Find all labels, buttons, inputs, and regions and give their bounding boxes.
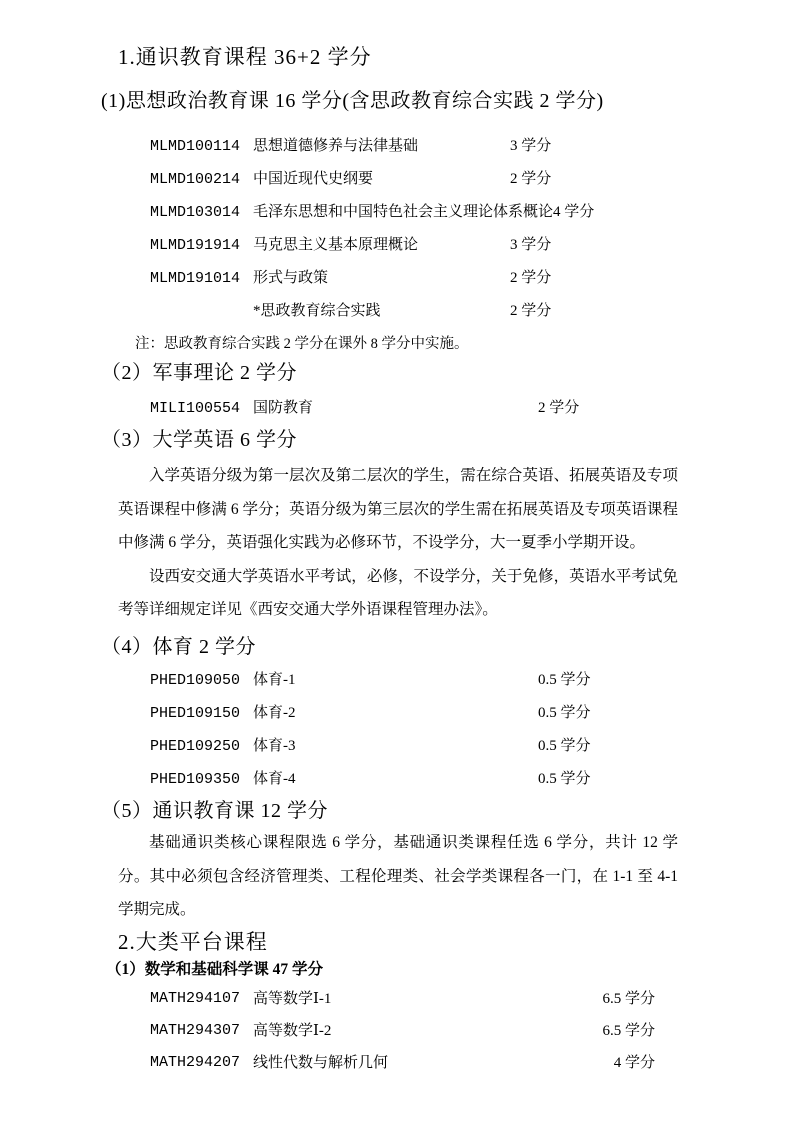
ideology-note: 注：思政教育综合实践 2 学分在课外 8 学分中实施。 [135,330,794,358]
course-credits: 6.5 学分 [602,1015,655,1047]
course-row: MLMD100114 思想道德修养与法律基础 3 学分 [150,130,794,163]
part1-title: 1.通识教育课程 36+2 学分 [118,42,794,72]
course-code: PHED109350 [150,763,253,796]
course-row: MATH294307 高等数学Ⅰ-2 6.5 学分 [150,1015,655,1047]
course-code: MLMD191914 [150,229,253,262]
course-code: MLMD100214 [150,163,253,196]
course-row: MATH294107 高等数学Ⅰ-1 6.5 学分 [150,983,655,1015]
course-credits: 2 学分 [510,295,551,328]
course-name: 形式与政策 [253,262,510,295]
general-ed-heading: （5）通识教育课 12 学分 [101,796,794,826]
course-row: MATH294207 线性代数与解析几何 4 学分 [150,1047,655,1079]
pe-course-table: PHED109050 体育-1 0.5 学分 PHED109150 体育-2 0… [150,664,794,796]
course-credits: 6.5 学分 [602,983,655,1015]
general-ed-paragraphs: 基础通识类核心课程限选 6 学分，基础通识类课程任选 6 学分，共计 12 学分… [118,826,678,927]
course-credits: 4 学分 [553,196,594,229]
ideology-course-table: MLMD100114 思想道德修养与法律基础 3 学分 MLMD100214 中… [150,130,794,328]
paragraph: 设西安交通大学英语水平考试，必修，不设学分，关于免修，英语水平考试免考等详细规定… [118,560,678,627]
course-code: PHED109150 [150,697,253,730]
english-paragraphs: 入学英语分级为第一层次及第二层次的学生，需在综合英语、拓展英语及专项英语课程中修… [118,455,678,627]
course-credits: 0.5 学分 [538,763,591,796]
course-row: MLMD191014 形式与政策 2 学分 [150,262,794,295]
course-name: 体育-2 [253,697,538,730]
course-code: MLMD103014 [150,196,253,229]
course-credits: 0.5 学分 [538,730,591,763]
course-code: MLMD100114 [150,130,253,163]
course-credits: 2 学分 [510,163,551,196]
course-row: PHED109350 体育-4 0.5 学分 [150,763,794,796]
course-code [150,295,253,328]
course-name: 毛泽东思想和中国特色社会主义理论体系概论 [253,196,553,229]
course-code: PHED109050 [150,664,253,697]
course-name: 马克思主义基本原理概论 [253,229,510,262]
course-name: 高等数学Ⅰ-1 [253,983,602,1015]
course-row: MILI100554 国防教育 2 学分 [150,392,794,425]
course-name: 思想道德修养与法律基础 [253,130,510,163]
course-name: 线性代数与解析几何 [253,1047,614,1079]
course-code: MLMD191014 [150,262,253,295]
english-heading: （3）大学英语 6 学分 [101,425,794,455]
course-credits: 2 学分 [538,392,579,425]
course-code: MATH294207 [150,1047,253,1079]
course-code: MATH294307 [150,1015,253,1047]
course-name: *思政教育综合实践 [253,295,510,328]
course-credits: 0.5 学分 [538,664,591,697]
course-name: 国防教育 [253,392,538,425]
course-name: 体育-3 [253,730,538,763]
part2-title: 2.大类平台课程 [118,927,794,957]
course-code: MATH294107 [150,983,253,1015]
course-row: PHED109150 体育-2 0.5 学分 [150,697,794,730]
course-code: MILI100554 [150,392,253,425]
course-credits: 3 学分 [510,229,551,262]
course-name: 体育-1 [253,664,538,697]
course-row: PHED109050 体育-1 0.5 学分 [150,664,794,697]
course-row: MLMD191914 马克思主义基本原理概论 3 学分 [150,229,794,262]
pe-heading: （4）体育 2 学分 [101,632,794,662]
course-credits: 3 学分 [510,130,551,163]
course-name: 体育-4 [253,763,538,796]
math-course-table: MATH294107 高等数学Ⅰ-1 6.5 学分 MATH294307 高等数… [150,983,655,1079]
course-credits: 0.5 学分 [538,697,591,730]
course-row: MLMD100214 中国近现代史纲要 2 学分 [150,163,794,196]
military-course-table: MILI100554 国防教育 2 学分 [150,392,794,425]
paragraph: 基础通识类核心课程限选 6 学分，基础通识类课程任选 6 学分，共计 12 学分… [118,826,678,927]
course-credits: 4 学分 [614,1047,655,1079]
course-name: 高等数学Ⅰ-2 [253,1015,602,1047]
course-code: PHED109250 [150,730,253,763]
course-row: *思政教育综合实践 2 学分 [150,295,794,328]
military-heading: （2）军事理论 2 学分 [101,358,794,388]
course-name: 中国近现代史纲要 [253,163,510,196]
course-row: PHED109250 体育-3 0.5 学分 [150,730,794,763]
ideology-heading: (1)思想政治教育课 16 学分(含思政教育综合实践 2 学分) [101,86,794,116]
document-page: 1.通识教育课程 36+2 学分 (1)思想政治教育课 16 学分(含思政教育综… [0,0,794,1123]
math-science-heading: （1）数学和基础科学课 47 学分 [106,957,794,983]
course-credits: 2 学分 [510,262,551,295]
course-row: MLMD103014 毛泽东思想和中国特色社会主义理论体系概论 4 学分 [150,196,794,229]
paragraph: 入学英语分级为第一层次及第二层次的学生，需在综合英语、拓展英语及专项英语课程中修… [118,459,678,560]
